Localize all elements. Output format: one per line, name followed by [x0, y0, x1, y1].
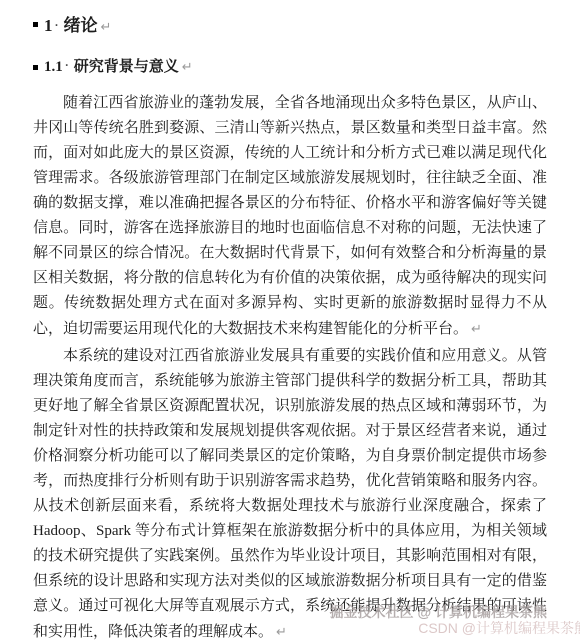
- heading-2-title: 研究背景与意义: [74, 59, 179, 75]
- paragraph-mark-icon: ↵: [471, 321, 482, 336]
- document-content: 1·绪论↵ 1.1·研究背景与意义↵ 随着江西省旅游业的蓬勃发展，全省各地涌现出…: [0, 0, 580, 640]
- heading-level-1: 1·绪论↵: [33, 14, 547, 38]
- heading-1-title: 绪论: [64, 16, 98, 35]
- outline-bullet-icon: [33, 65, 38, 70]
- paragraph-mark-icon: ↵: [276, 624, 287, 639]
- paragraph-mark-icon: ↵: [182, 59, 193, 74]
- body-paragraph-2: 本系统的建设对江西省旅游业发展具有重要的实践价值和应用意义。从管理决策角度而言，…: [33, 344, 547, 640]
- tab-mark-icon: ·: [65, 58, 69, 72]
- heading-1-number: 1: [44, 16, 53, 35]
- body-paragraph-1: 随着江西省旅游业的蓬勃发展，全省各地涌现出众多特色景区，从庐山、井冈山等传统名胜…: [33, 91, 547, 342]
- outline-bullet-icon: [33, 22, 38, 27]
- paragraph-2-text: 本系统的建设对江西省旅游业发展具有重要的实践价值和应用意义。从管理决策角度而言，…: [33, 348, 547, 640]
- heading-level-2: 1.1·研究背景与意义↵: [33, 55, 547, 77]
- paragraph-mark-icon: ↵: [101, 19, 112, 34]
- document-page: 1·绪论↵ 1.1·研究背景与意义↵ 随着江西省旅游业的蓬勃发展，全省各地涌现出…: [0, 0, 580, 640]
- heading-2-number: 1.1: [44, 59, 63, 75]
- paragraph-1-text: 随着江西省旅游业的蓬勃发展，全省各地涌现出众多特色景区，从庐山、井冈山等传统名胜…: [33, 95, 547, 337]
- tab-mark-icon: ·: [55, 18, 59, 32]
